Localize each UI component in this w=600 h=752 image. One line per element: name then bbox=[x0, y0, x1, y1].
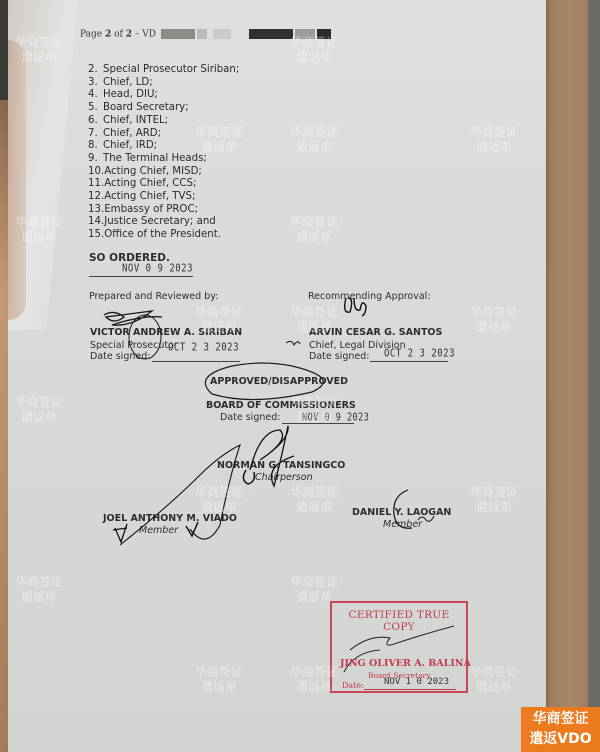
corner-badge: 华商签证 遣返VDO bbox=[521, 707, 600, 752]
stamp-date-label: Date: bbox=[342, 681, 364, 690]
stamp-title: CERTIFIED TRUE COPY bbox=[332, 609, 466, 633]
stamp-signatory-name: JING OLIVER A. BALINA bbox=[340, 658, 471, 669]
stamp-date: NOV 1 0 2023 bbox=[384, 677, 449, 687]
photo-scene: Page 2 of 2 – VD 2.Special Prosecutor Si… bbox=[0, 0, 600, 752]
certified-true-copy-stamp: CERTIFIED TRUE COPY JING OLIVER A. BALIN… bbox=[330, 601, 468, 693]
stamp-date-line bbox=[364, 689, 456, 690]
badge-line-1: 华商签证 bbox=[521, 709, 600, 729]
document-content: Page 2 of 2 – VD 2.Special Prosecutor Si… bbox=[0, 0, 600, 752]
badge-line-2: 遣返VDO bbox=[521, 729, 600, 749]
handwritten-signatures bbox=[0, 0, 600, 752]
